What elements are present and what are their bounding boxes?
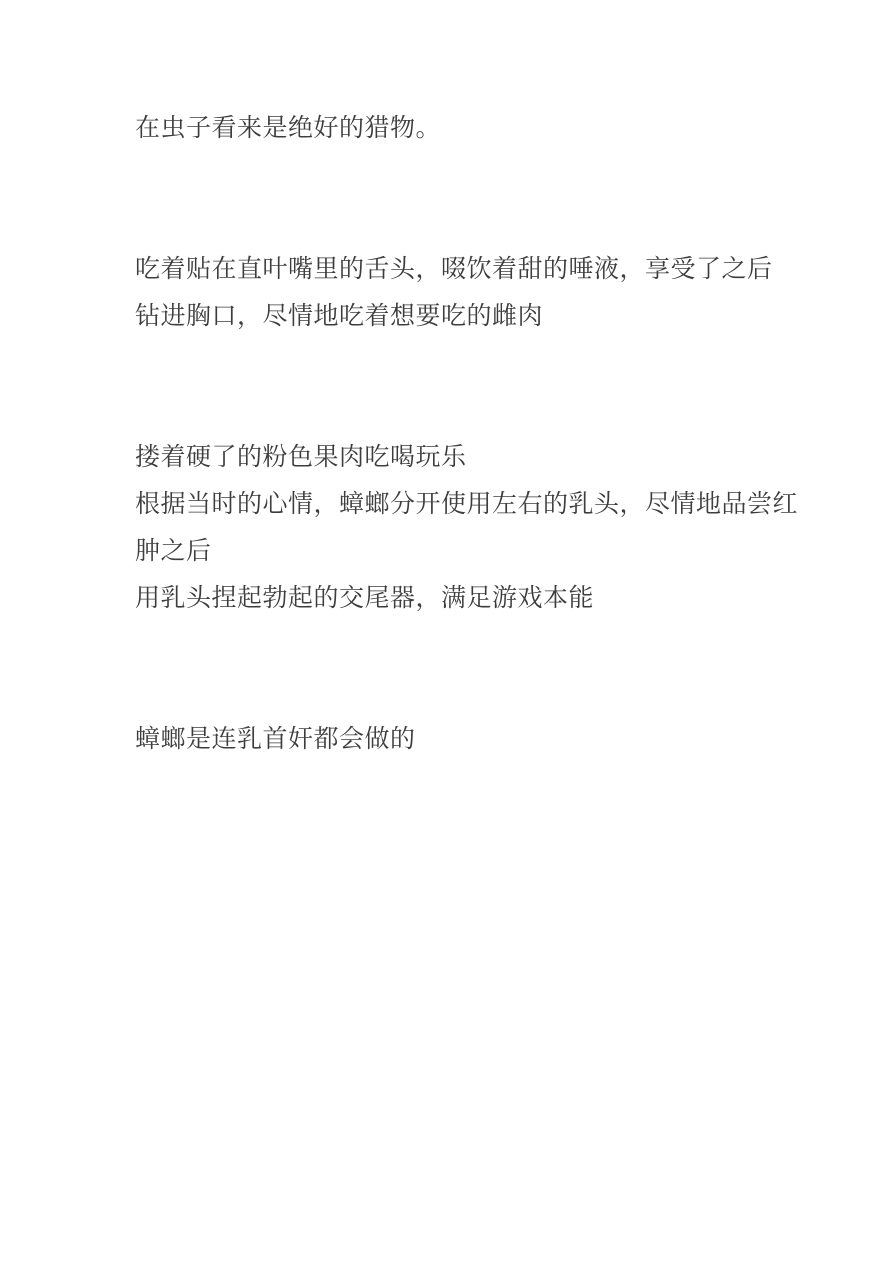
text-line: 钻进胸口，尽情地吃着想要吃的雌肉 bbox=[135, 293, 775, 340]
paragraph-1: 在虫子看来是绝好的猎物。 bbox=[135, 105, 775, 152]
text-line: 肿之后 bbox=[135, 528, 775, 575]
text-line: 用乳头捏起勃起的交尾器，满足游戏本能 bbox=[135, 575, 775, 622]
paragraph-3: 搂着硬了的粉色果肉吃喝玩乐 根据当时的心情，蟑螂分开使用左右的乳头，尽情地品尝红… bbox=[135, 434, 775, 622]
text-content: 在虫子看来是绝好的猎物。 吃着贴在直叶嘴里的舌头，啜饮着甜的唾液，享受了之后 钻… bbox=[135, 105, 775, 763]
text-line: 搂着硬了的粉色果肉吃喝玩乐 bbox=[135, 434, 775, 481]
document-page: 在虫子看来是绝好的猎物。 吃着贴在直叶嘴里的舌头，啜饮着甜的唾液，享受了之后 钻… bbox=[0, 0, 892, 1262]
text-line: 吃着贴在直叶嘴里的舌头，啜饮着甜的唾液，享受了之后 bbox=[135, 246, 775, 293]
text-line: 根据当时的心情，蟑螂分开使用左右的乳头，尽情地品尝红 bbox=[135, 481, 775, 528]
text-line: 蟑螂是连乳首奸都会做的 bbox=[135, 716, 775, 763]
paragraph-2: 吃着贴在直叶嘴里的舌头，啜饮着甜的唾液，享受了之后 钻进胸口，尽情地吃着想要吃的… bbox=[135, 246, 775, 340]
text-line: 在虫子看来是绝好的猎物。 bbox=[135, 105, 775, 152]
paragraph-4: 蟑螂是连乳首奸都会做的 bbox=[135, 716, 775, 763]
